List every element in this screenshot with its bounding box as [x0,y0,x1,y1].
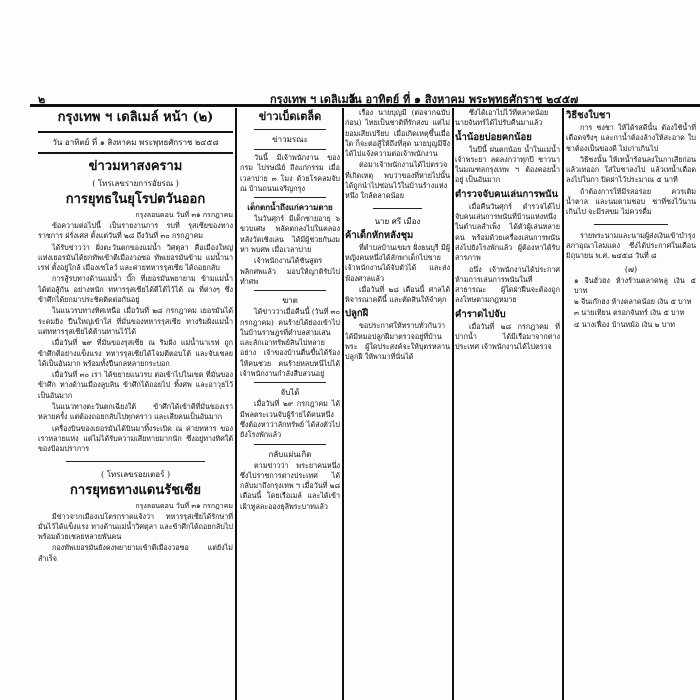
divider [254,149,326,150]
paragraph: เครื่องบินของเยอรมันได้บินมาทิ้งระเบิด ณ… [38,424,233,455]
dateline: กรุงลอนดอน วันที่ ๓๑ กรกฎาคม [38,210,233,221]
paragraph: เมื่อวันที่ ๒๘ กรกฎาคม ที่ปากน้ำ ได้มีเร… [455,322,560,353]
paragraph: วันนี้ มีเจ้าพนักงาน ของ กรม ไปรษณีย์ ถึ… [240,153,340,194]
list-item: ๔ นางเฟื่อง บ้านหม้อ เงิน ๒ บาท [566,320,696,330]
paragraph: เรื่อง นายบุญมี (ต่อจากฉบับก่อน) ไทยเป็น… [345,108,450,159]
source-credit: ( โทรเลขรอยเตอร์ ) [38,468,233,481]
column-rule [452,108,454,700]
banner-headline: ข่าวมหาสงคราม [38,157,233,177]
column-rule [235,108,237,700]
paragraph: เจ้าพนักงานได้ชันสูตรพลิกศพแล้ว มอบให้ญา… [240,256,340,287]
column-2: ข่าวเบ็ดเตล็ด ข่าวมรณะ วันนี้ มีเจ้าพนัก… [240,108,340,700]
paragraph: เมื่อวันที่ ๒๙ กรกฎาคม ได้มีพลตระเวนจับผ… [240,399,340,440]
headline: การยุทธทางแดนรัชเซีย [38,481,233,501]
headline: การยุทธในยุโรปตวันออก [38,190,233,210]
subheading: กลับแผ่นเกิด [240,448,340,461]
notice-number: (๗) [566,263,696,276]
notice-intro: รายพระนามและนามผู้ส่งเงินเข้าบำรุงสภาอุณ… [566,231,696,262]
column-rule [342,108,344,700]
paragraph: ขอประกาศให้ทราบทั่วกันว่า ได้มีหมอปลูกฝี… [345,321,450,362]
divider [254,129,326,130]
paragraph: เมื่อวันที่ ๒๘ เดือนนี้ ศาลได้พิจารณาคดี… [345,285,450,306]
divider [254,290,326,291]
divider [38,152,233,154]
subheading: ตำรวจจับคนเล่นการพนัน [455,187,560,202]
divider [254,444,326,445]
paragraph: ตามข่าวว่า พระยาคนหนึ่ง ซึ่งไปราชการต่าง… [240,461,340,512]
subheading: ค้าเด็กหักหลังชุม [345,228,450,243]
divider [254,382,326,383]
section-title: ข่าวเบ็ดเตล็ด [240,108,340,126]
issue-line: วัน อาทิตย์ ที่ ๑ สิงหาคม พระพุทธศักราช … [38,136,233,149]
divider [66,461,205,462]
divider [38,131,233,133]
masthead-rule [30,104,700,107]
section-title: กรุงเทพ ฯ เดลิเมล์ หน้า (๒) [38,108,233,128]
subheading: คำราดไปจับ [455,307,560,322]
column-3: เรื่อง นายบุญมี (ต่อจากฉบับก่อน) ไทยเป็น… [345,108,450,700]
paragraph: การสู้รบทางด้านแม่น้ำ บั๊ก ที่เยอรมันพยา… [38,274,233,305]
divider [373,208,422,209]
paragraph: ได้รับข่าวว่า ฝั่งตะวันตกของแม่น้ำ วิศตุ… [38,243,233,274]
byline: นาย ศรี เมือง [345,215,450,228]
paragraph: อนึ่ง เจ้าพนักงานได้ประกาศห้ามการเล่นการ… [455,265,560,306]
subheading: วิธีชงใบชา [566,108,696,123]
paragraph: ได้ข่าวว่าเมื่อคืนนี้ (วันที่ ๓๐ กรกฎาคม… [240,307,340,379]
paragraph: กองทัพเยอรมันยังคงพยายามเข้าตีเมืองวอซอ … [38,543,233,564]
list-item: ๓ นายเทียน ตรอกจันทร์ เงิน ๕ บาท [566,308,696,318]
paragraph: ในแนวทางตะวันตกเฉียงใต้ ข้าศึกได้เข้าตีท… [38,402,233,423]
paragraph: ในแนวรบทางทิศเหนือ เมื่อวันที่ ๒๘ กรกฎาค… [38,306,233,337]
paragraph: เมื่อวันที่ ๓๐ เรา ได้ขยายแนวรบ ต่อเข้าไ… [38,370,233,401]
list-item: ๒ จีนเก๊กฮง ห้างตลาดน้อย เงิน ๕ บาท [566,297,696,307]
paragraph: ที่ตำบลบ้านเขมร ฝั่งธนบุรี มีผู้หญิงคนหน… [345,243,450,284]
paragraph: ต่อมาเจ้าพนักงานได้ไปตรวจที่เกิดเหตุ พบว… [345,160,450,201]
subheading: เด็กตกน้ำถึงแก่ความตาย [240,201,340,214]
divider [254,197,326,198]
paragraph: เมื่อวันที่ ๒๙ ที่มั่นของรุสเซีย ณ ริมฝั… [38,338,233,369]
subheading: ฆาต [240,294,340,307]
source-credit: ( โทรเลขรายการอัยรณ ) [38,177,233,190]
column-1: กรุงเทพ ฯ เดลิเมล์ หน้า (๒) วัน อาทิตย์ … [38,108,233,700]
column-4: ซึ่งได้เอาไปไว้ที่ตลาดน้อย นายจันทร์ได้ไ… [455,108,560,700]
column-5: วิธีชงใบชา การ ชงชา ให้ได้รสดีนั้น ต้องใ… [566,108,696,700]
subheading: ข่าวมรณะ [240,133,340,146]
paragraph: เมื่อคืนวันศุกร์ ตำรวจได้ไปจับคนเล่นการพ… [455,202,560,264]
paragraph: มีข่าวจากเมืองเปโตรกราดแจ้งว่า ทหารรุสเซ… [38,512,233,543]
paragraph: ในวันศุกร์ มีเด็กชายอายุ ๖ ขวบเศษ พลัดตก… [240,214,340,255]
subheading: น้ำน้อยบ่อยคกน้อย [455,130,560,145]
newspaper-page: ๒ กรุงเทพ ฯ เดลิเมล์ วัน อาทิตย์ ที่ ๑ ส… [0,0,700,700]
subheading: จับได้ [240,386,340,399]
paragraph: ถ้าต้องการให้มีรสอร่อย ควรเติมน้ำตาล และ… [566,187,696,218]
paragraph: วิธีชงนั้น ให้เทน้ำร้อนลงในกาเสียก่อน แล… [566,155,696,186]
dateline: กรุงลอนดอน วันที่ ๓๑ กรกฎาคม [38,501,233,512]
divider [594,224,668,225]
paragraph: ข้อความต่อไปนี้ เป็นรายงานการ รบที่ รุสเ… [38,221,233,242]
paragraph: ซึ่งได้เอาไปไว้ที่ตลาดน้อย นายจันทร์ได้ไ… [455,108,560,129]
column-rule [562,108,564,700]
subheading: ปลูกฝี [345,306,450,321]
list-item: ๑ จีนฮั่วฮง ห้างร้านตลาดพลู เงิน ๕ บาท [566,276,696,297]
paragraph: ในปีนี้ ฝนตกน้อย น้ำในแม่น้ำเจ้าพระยา ลด… [455,145,560,186]
paragraph: การ ชงชา ให้ได้รสดีนั้น ต้องใช้น้ำที่เดื… [566,123,696,154]
